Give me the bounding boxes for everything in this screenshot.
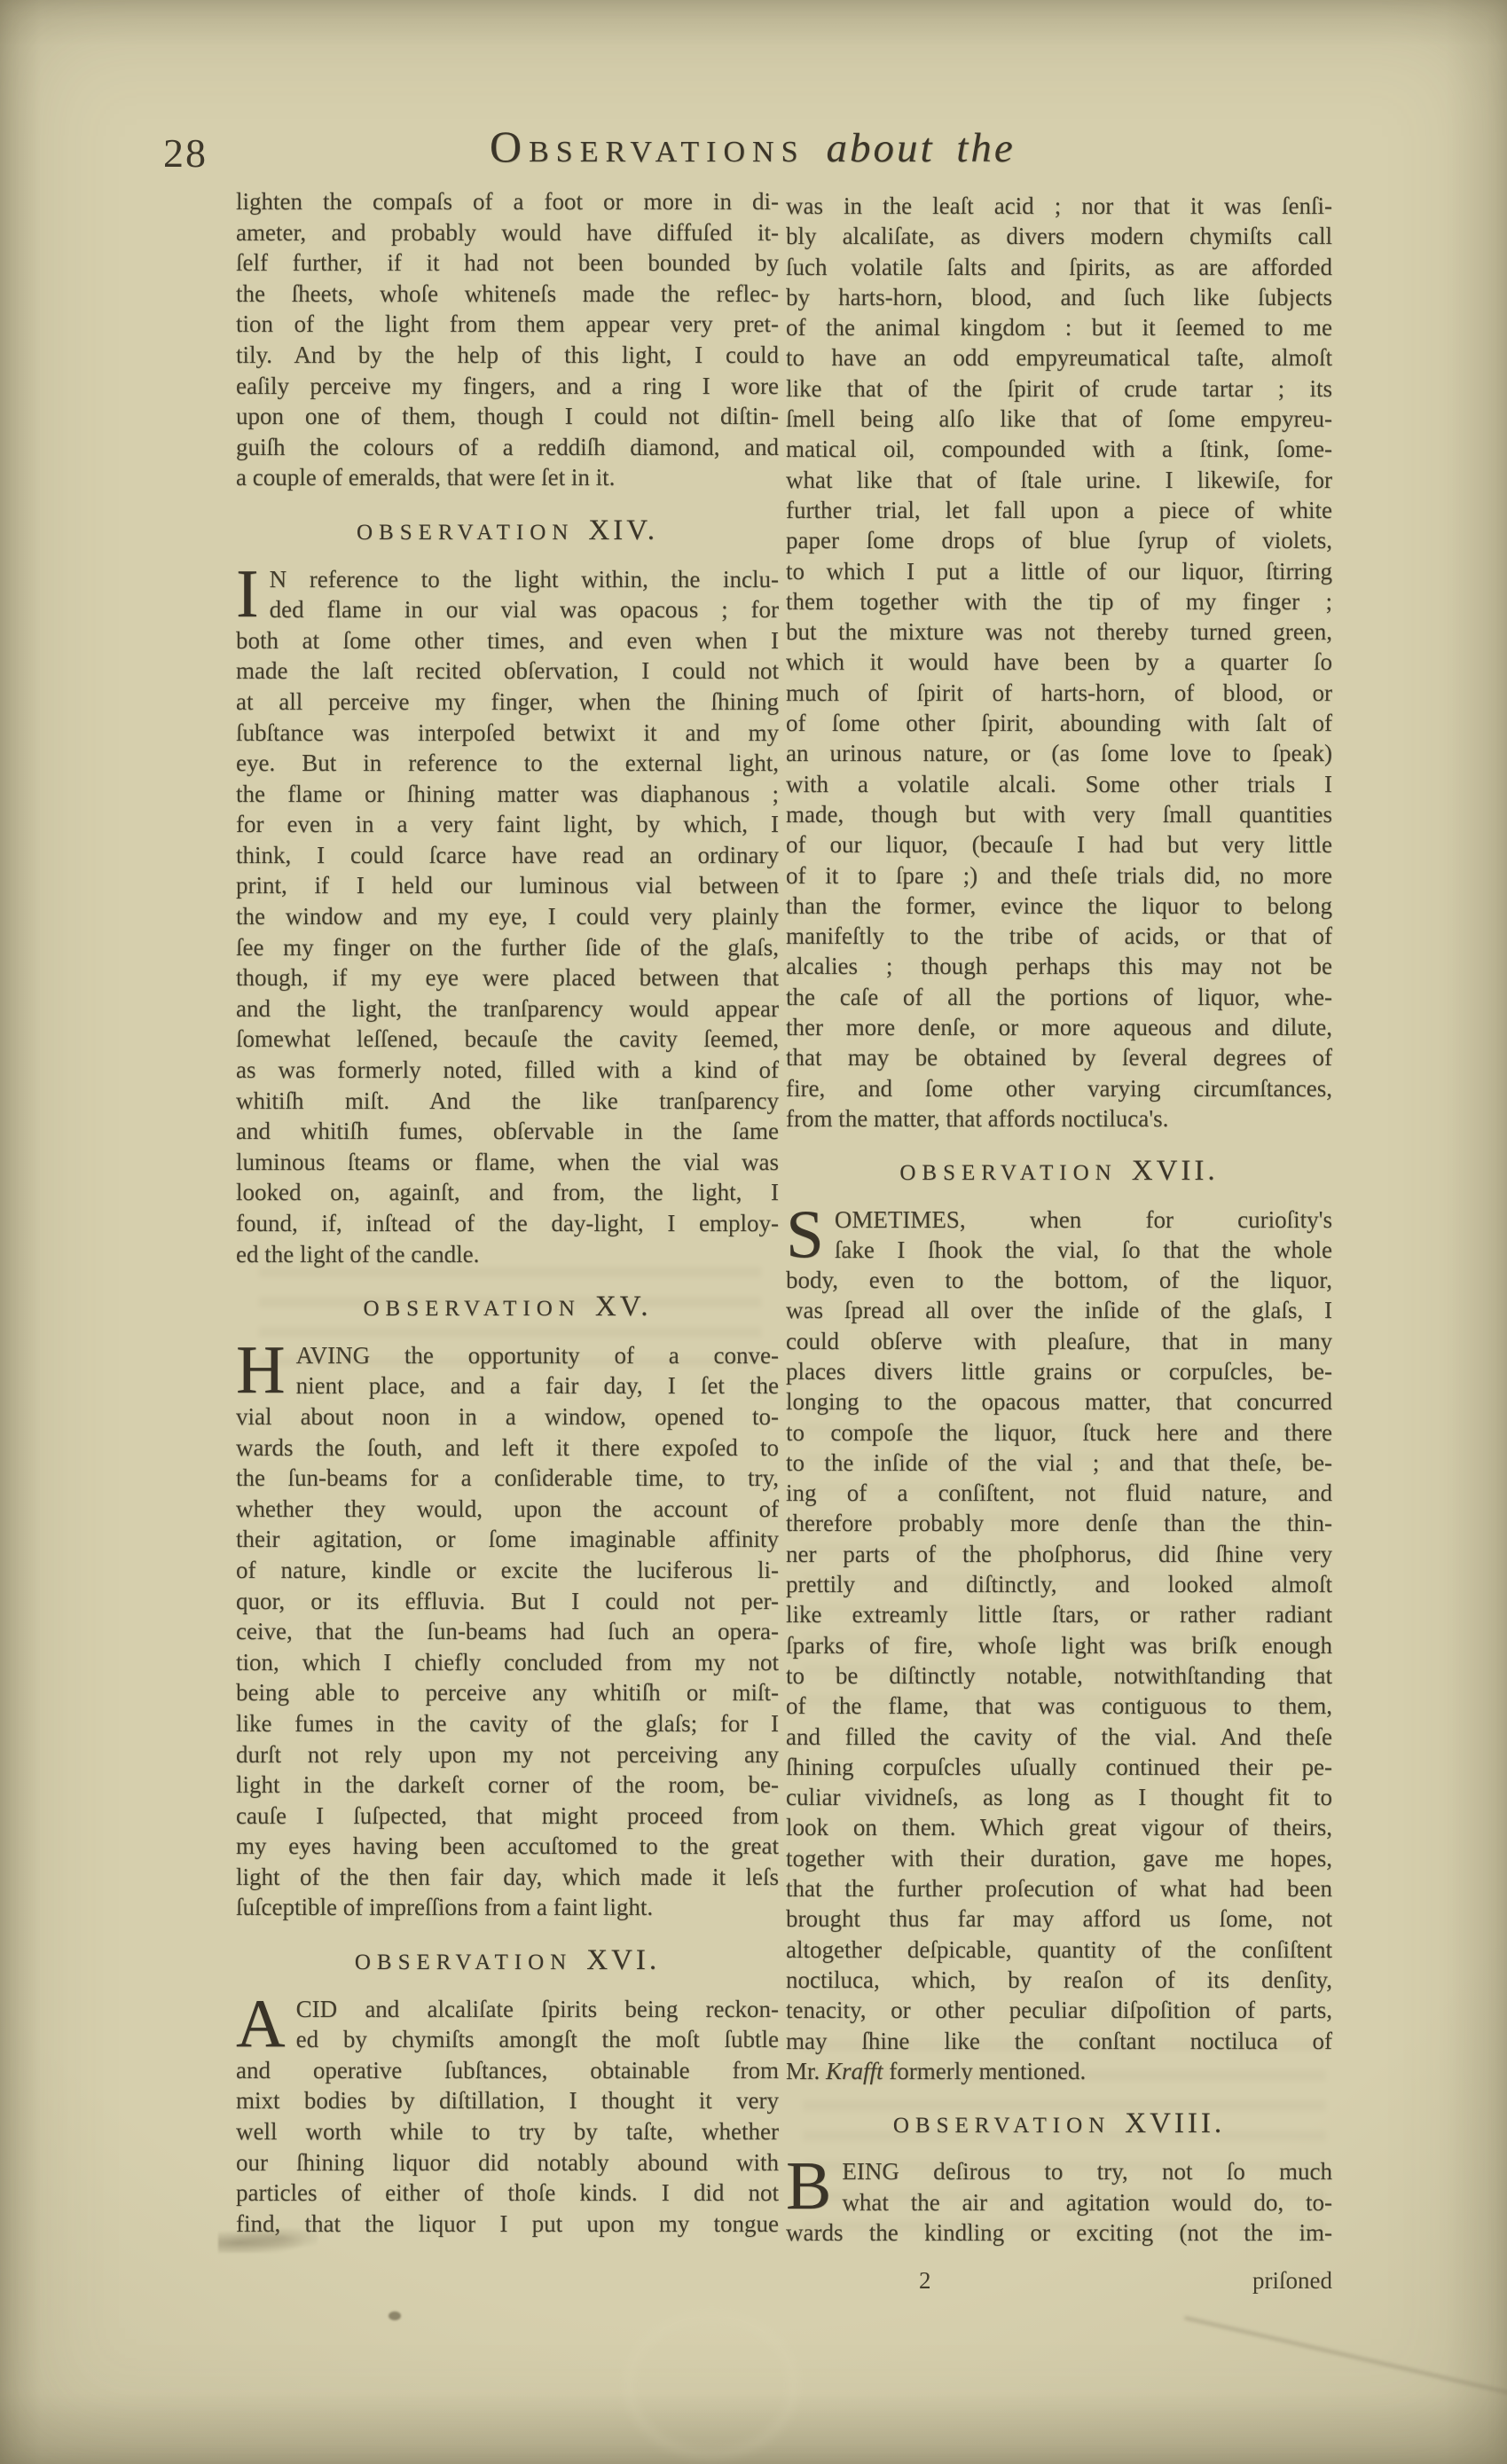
observation-heading-word: Observation [355,1950,572,1974]
text-line: altogether deſpicable, quantity of the c… [786,1934,1332,1965]
running-head-continuation: about the [826,124,1015,172]
paragraph: SOMETIMES, when for curioſity'sſake I ſh… [786,1205,1332,2087]
paragraph: was in the leaſt acid ; nor that it was … [786,191,1332,1134]
drop-cap-initial: B [786,2160,831,2217]
text-line: print, if I held our luminous vial betwe… [236,870,779,901]
text-line: to which I put a little of our liquor, ſ… [786,556,1332,586]
text-line: ſmell being alſo like that of ſome empyr… [786,404,1332,434]
observation-heading-word: Observation [357,521,574,545]
text-line: upon one of them, though I could not diſ… [236,401,779,432]
text-line: to be diſtinctly notable, notwithſtandin… [786,1660,1332,1691]
paper-watermark [626,2313,797,2457]
text-line: what like that of ſtale urine. I likewiſ… [786,465,1332,495]
text-line: tion of the light from them appear very … [236,309,779,340]
text-line: by harts-horn, blood, and ſuch like ſubj… [786,282,1332,312]
text-line: our ſhining liquor did notably abound wi… [236,2147,779,2178]
text-line: and whitiſh fumes, obſervable in the ſam… [236,1116,779,1147]
text-line: N reference to the light within, the inc… [236,564,779,595]
text-line: which it would have been by a quarter ſo [786,647,1332,677]
text-line: ſuſceptible of impreſſions from a faint … [236,1892,779,1923]
text-line: as was formerly noted, filled with a kin… [236,1055,779,1086]
text-line: eye. But in reference to the external li… [236,748,779,779]
text-line: a couple of emeralds, that were ſet in i… [236,462,779,493]
text-line: like extreamly little ſtars, or rather r… [786,1599,1332,1629]
text-line: culiar vividneſs, as long as I thought f… [786,1782,1332,1812]
drop-cap-initial: S [786,1208,824,1265]
text-line: the caſe of all the portions of liquor, … [786,982,1332,1012]
text-line: of our liquor, (becauſe I had but very l… [786,829,1332,859]
observation-heading-numeral: XVI. [586,1944,660,1976]
text-line: ſuch volatile ſalts and ſpirits, as are … [786,252,1332,282]
text-line: EING deſirous to try, not ſo much [786,2156,1332,2186]
text-line: was ſpread all over the inſide of the gl… [786,1295,1332,1325]
text-line: body, even to the bottom, of the liquor, [786,1265,1332,1295]
drop-cap-initial: H [236,1344,286,1401]
text-line: the flame or ſhining matter was diaphano… [236,779,779,810]
page-crease [1184,2317,1507,2405]
text-line: tion, which I chiefly concluded from my … [236,1647,779,1678]
text-line: ſomewhat leſſened, becauſe the cavity ſe… [236,1024,779,1055]
text-line: and filled the cavity of the vial. And t… [786,1722,1332,1752]
text-line: together with their duration, gave me ho… [786,1843,1332,1873]
text-line: of ſome other ſpirit, abounding with ſal… [786,708,1332,738]
text-line: mixt bodies by diſtillation, I thought i… [236,2085,779,2116]
text-line: cauſe I ſuſpected, that might proceed fr… [236,1801,779,1832]
observation-heading: ObservationXIV. [236,515,779,549]
text-line: their agitation, or ſome imaginable affi… [236,1524,779,1555]
text-line: whether they would, upon the account of [236,1494,779,1525]
text-line: an urinous nature, or (as ſome love to ſ… [786,738,1332,768]
observation-heading-numeral: XIV. [588,514,658,546]
text-line: ther more denſe, or more aqueous and dil… [786,1012,1332,1042]
text-line: bly alcaliſate, as divers modern chymiſt… [786,221,1332,251]
catchword: priſoned [1252,2267,1332,2295]
text-line: made, though but with very ſmall quantit… [786,799,1332,829]
text-line: ed by chymiſts amongſt the moſt ſubtle [236,2024,779,2055]
paragraph: HAVING the opportunity of a conve-nient … [236,1340,779,1923]
text-line: look on them. Which great vigour of thei… [786,1812,1332,1842]
text-line: lighten the compaſs of a foot or more in… [236,186,779,217]
text-line: may ſhine like the conſtant noctiluca of [786,2026,1332,2056]
text-line: and operative ſubſtances, obtainable fro… [236,2055,779,2086]
text-line: to the inſide of the vial ; and that the… [786,1448,1332,1478]
text-line: ſelf further, if it had not been bounded… [236,247,779,279]
text-line: well worth while to try by taſte, whethe… [236,2116,779,2147]
text-line: from the matter, that affords noctiluca'… [786,1103,1332,1134]
text-line: durſt not rely upon my not perceiving an… [236,1739,779,1770]
observation-heading: ObservationXVII. [786,1156,1332,1189]
text-line: of nature, kindle or excite the lucifero… [236,1555,779,1586]
text-line: nient place, and a fair day, I ſet the [236,1370,779,1401]
text-line: than the former, evince the liquor to be… [786,891,1332,921]
text-line: ing of a conſiſtent, not fluid nature, a… [786,1478,1332,1508]
text-line: wards the ſouth, and left it there expoſ… [236,1432,779,1463]
text-line: of the animal kingdom : but it ſeemed to… [786,312,1332,342]
running-head-title: Observations [490,121,805,172]
observation-heading: ObservationXVIII. [786,2108,1332,2141]
signature-mark: 2 [919,2267,931,2295]
text-line: at all perceive my finger, when the ſhin… [236,687,779,718]
text-line: AVING the opportunity of a conve- [236,1340,779,1371]
text-line: vial about noon in a window, opened to- [236,1401,779,1432]
text-line: found, if, inſtead of the day-light, I e… [236,1208,779,1239]
text-line: noctiluca, which, by reaſon of its denſi… [786,1965,1332,1995]
text-line: quor, or its effluvia. But I could not p… [236,1586,779,1617]
text-line: to have an odd empyreumatical taſte, alm… [786,342,1332,373]
text-line: of it to ſpare ;) and theſe trials did, … [786,860,1332,891]
text-line: brought thus far may afford us ſome, not [786,1903,1332,1934]
text-line: looked on, againſt, and from, the light,… [236,1177,779,1208]
text-line: Mr. Krafft formerly mentioned. [786,2056,1332,2086]
text-line: with a volatile alcali. Some other trial… [786,769,1332,799]
text-line: could obſerve with pleaſure, that in man… [786,1326,1332,1356]
text-line: ceive, that the ſun-beams had ſuch an op… [236,1616,779,1647]
text-line: CID and alcaliſate ſpirits being reckon- [236,1994,779,2025]
text-line: luminous ſteams or flame, when the vial … [236,1147,779,1178]
paragraph: lighten the compaſs of a foot or more in… [236,186,779,493]
text-line: OMETIMES, when for curioſity's [786,1205,1332,1235]
observation-heading-numeral: XVII. [1132,1155,1219,1187]
text-line: eaſily perceive my fingers, and a ring I… [236,371,779,402]
text-line: fire, and ſome other varying circumſtanc… [786,1073,1332,1103]
text-line: paper ſome drops of blue ſyrup of violet… [786,525,1332,555]
text-line: that may be obtained by ſeveral degrees … [786,1042,1332,1072]
page-number: 28 [163,129,208,177]
text-line: the ſheets, whoſe whiteneſs made the ref… [236,279,779,310]
ink-speck [389,2311,401,2320]
paragraph: ACID and alcaliſate ſpirits being reckon… [236,1994,779,2240]
text-line: what the air and agitation would do, to- [786,2187,1332,2217]
text-line: ner parts of the phoſphorus, did ſhine v… [786,1539,1332,1569]
text-line: of the flame, that was contiguous to the… [786,1691,1332,1721]
text-line: find, that the liquor I put upon my tong… [236,2209,779,2240]
text-line: light in the darkeſt corner of the room,… [236,1770,779,1801]
paragraph: BEING deſirous to try, not ſo muchwhat t… [786,2156,1332,2248]
text-line: to compoſe the liquor, ſtuck here and th… [786,1417,1332,1448]
observation-heading-numeral: XV. [595,1291,652,1322]
text-line: ameter, and probably would have diffuſed… [236,217,779,248]
text-line: tenacity, or other peculiar diſpoſition … [786,1995,1332,2025]
text-line: made the laſt recited obſervation, I cou… [236,655,779,687]
text-line: ed the light of the candle. [236,1239,779,1270]
text-line: both at ſome other times, and even when … [236,625,779,656]
observation-heading-word: Observation [899,1161,1117,1185]
drop-cap-initial: I [236,568,259,624]
text-line: like fumes in the cavity of the glaſs; f… [236,1708,779,1739]
text-line: the window and my eye, I could very plai… [236,901,779,932]
text-line: much of ſpirit of harts-horn, of blood, … [786,678,1332,708]
running-head: Observations about the [490,121,1016,172]
text-line: the ſun-beams for a conſiderable time, t… [236,1463,779,1494]
text-line: though, if my eye were placed between th… [236,962,779,993]
text-line: for even in a very faint light, by which… [236,809,779,840]
observation-heading-word: Observation [893,2114,1111,2138]
text-line: like that of the ſpirit of crude tartar … [786,373,1332,404]
text-line: think, I could ſcarce have read an ordin… [236,840,779,871]
text-line: ded flame in our vial was opacous ; for [236,594,779,625]
text-line: my eyes having been accuſtomed to the gr… [236,1831,779,1862]
paragraph: IN reference to the light within, the in… [236,564,779,1270]
text-line: ſee my finger on the further ſide of the… [236,932,779,963]
text-line: and the light, the tranſparency would ap… [236,993,779,1024]
text-line: alcalies ; though perhaps this may not b… [786,951,1332,981]
book-page-scan: 28 Observations about the lighten the co… [0,0,1507,2464]
text-line: that the further proſecution of what had… [786,1873,1332,1903]
text-line: ſake I ſhook the vial, ſo that the whole [786,1235,1332,1265]
observation-heading: ObservationXVI. [236,1945,779,1979]
page-footer: 2 priſoned [786,2267,1332,2295]
text-line: places divers little grains or corpuſcle… [786,1356,1332,1386]
text-line: light of the then fair day, which made i… [236,1862,779,1893]
text-line: ſubſtance was interpoſed betwixt it and … [236,718,779,749]
text-line: wards the kindling or exciting (not the … [786,2217,1332,2248]
text-line: but the mixture was not thereby turned g… [786,616,1332,647]
text-line: being able to perceive any whitiſh or mi… [236,1677,779,1708]
right-text-column: was in the leaſt acid ; nor that it was … [786,191,1332,2248]
text-line: them together with the tip of my finger … [786,586,1332,616]
observation-heading: ObservationXV. [236,1291,779,1325]
observation-heading-numeral: XVIII. [1125,2107,1225,2139]
observation-heading-word: Observation [363,1297,580,1321]
text-line: tily. And by the help of this light, I c… [236,340,779,371]
text-line: prettily and diſtinctly, and looked almo… [786,1569,1332,1599]
text-line: further trial, let fall upon a piece of … [786,495,1332,525]
text-line: ſparks of fire, whoſe light was briſk en… [786,1630,1332,1660]
text-line: matical oil, compounded with a ſtink, ſo… [786,434,1332,464]
drop-cap-initial: A [236,1997,286,2054]
text-line: particles of either of thoſe kinds. I di… [236,2178,779,2209]
text-line: therefore probably more denſe than the t… [786,1508,1332,1538]
text-line: was in the leaſt acid ; nor that it was … [786,191,1332,221]
text-line: longing to the opacous matter, that conc… [786,1386,1332,1416]
text-line: manifeſtly to the tribe of acids, or tha… [786,921,1332,951]
left-text-column: lighten the compaſs of a foot or more in… [236,186,779,2239]
text-line: whitiſh miſt. And the like tranſparency [236,1086,779,1117]
text-line: ſhining corpuſcles uſually continued the… [786,1752,1332,1782]
text-line: guiſh the colours of a reddiſh diamond, … [236,432,779,463]
